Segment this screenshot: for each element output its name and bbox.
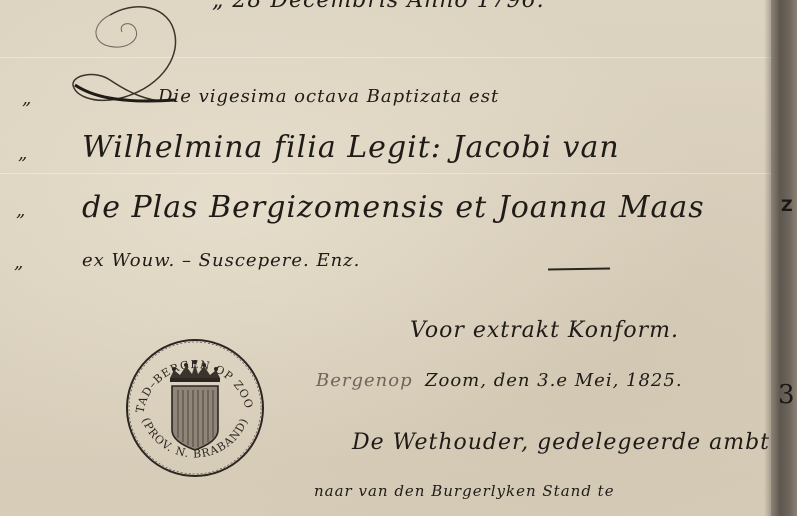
ditto-mark: „ xyxy=(16,200,25,221)
entry-line-3: de Plas Bergizomensis et Joanna Maas xyxy=(82,190,705,225)
entry-line-2: Wilhelmina filia Legit: Jacobi van xyxy=(82,130,620,165)
certification-line-2: Zoom, den 3.e Mei, 1825. xyxy=(425,370,683,391)
scanned-document: „ 28 Decembris Anno 1796. „ „ „ „ Die vi… xyxy=(0,0,797,516)
certification-line-1: Voor extrakt Konform. xyxy=(410,318,679,343)
binding-edge xyxy=(771,0,797,516)
line-end-dash xyxy=(548,267,610,270)
signature-line-1: De Wethouder, gedelegeerde ambte xyxy=(352,430,784,455)
edge-mark-top: Z xyxy=(781,196,793,215)
header-date-line: „ 28 Decembris Anno 1796. xyxy=(212,0,545,13)
ditto-mark: „ xyxy=(22,88,31,109)
signature-line-2: naar van den Burgerlyken Stand te xyxy=(314,482,615,500)
entry-line-1: Die vigesima octava Baptizata est xyxy=(158,86,499,107)
municipal-seal-stamp: STAD–BERGEN OP ZOOM (PROV. N. BRABAND) xyxy=(122,330,268,480)
shield-icon xyxy=(172,386,218,450)
entry-line-4: ex Wouw. – Suscepere. Enz. xyxy=(82,250,360,271)
certification-place-faint: Bergenop xyxy=(316,370,413,391)
paper-crease xyxy=(0,173,797,174)
ditto-mark: „ xyxy=(14,252,23,273)
ditto-mark: „ xyxy=(18,143,27,164)
edge-mark-bottom: 3 xyxy=(778,380,795,410)
